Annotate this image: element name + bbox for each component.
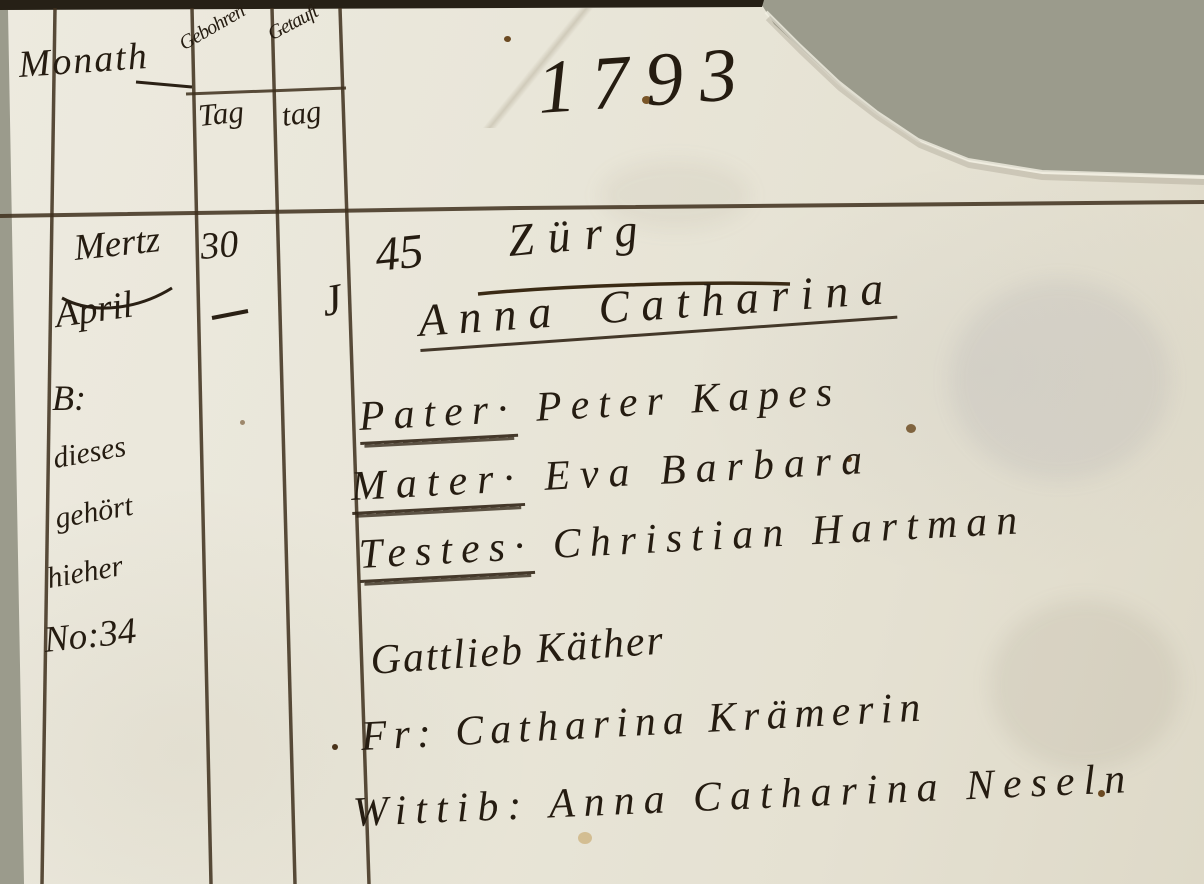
witness-4-label: Wittib: <box>352 782 531 836</box>
year-heading: 1793 <box>535 35 756 126</box>
born-day-dash-stroke <box>212 311 248 318</box>
register-scan: Monath Gebohren Tag Getauft tag 1793 Mer… <box>0 0 1204 884</box>
scan-top-edge <box>0 0 764 10</box>
header-mid-rule <box>186 88 346 94</box>
torn-edge-shadow <box>768 18 1204 182</box>
entry-number-note: No:34 <box>42 613 138 659</box>
witnesses-label: Testes· <box>358 523 535 583</box>
born-day-subheader: Tag <box>197 95 245 131</box>
torn-edge-highlight <box>766 12 1204 177</box>
entry-note-line: B: <box>52 380 86 416</box>
table-rules-layer <box>0 0 1204 884</box>
entry-heading-word: Zürg <box>506 206 653 264</box>
father-label: Pater· <box>358 386 518 445</box>
mother-label: Mater· <box>350 455 526 515</box>
record-number: 45 <box>373 227 426 280</box>
column-rule-baptized-left <box>272 8 295 884</box>
born-day-value: 30 <box>199 225 240 266</box>
month-column-header: Monath <box>17 37 150 84</box>
column-rule-born-left <box>192 8 211 884</box>
baptized-day-subheader: tag <box>280 95 324 131</box>
entry-month-line: Mertz <box>72 221 162 267</box>
monath-dash-stroke <box>136 82 192 87</box>
entry-month-line: April <box>53 285 136 334</box>
